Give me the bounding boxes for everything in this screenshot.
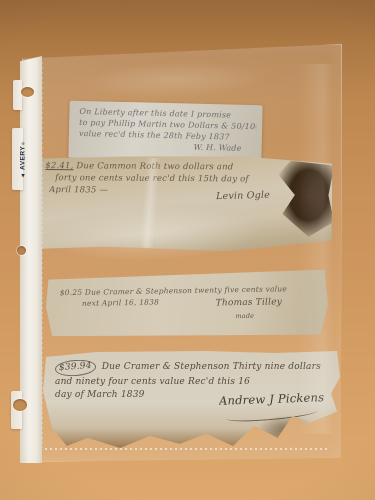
binder-hole-middle <box>17 246 26 255</box>
avery-brand-text: AVERY <box>20 146 27 170</box>
note4-line: and ninety four cents value Rec'd this 1… <box>55 376 330 390</box>
binder-hole-bottom <box>13 399 27 411</box>
note4-line: $39.94 Due Cramer & Stephenson Thirty ni… <box>55 360 330 376</box>
torn-paper-edge <box>278 161 335 237</box>
binder-tab-top <box>13 80 22 110</box>
photo-of-documents: On Liberty after this date I promise to … <box>0 0 375 500</box>
binder-hole-top <box>21 87 34 97</box>
avery-brand-label: ▲ AVERY ® <box>13 129 33 189</box>
document-note-1838: $0.25 Due Cramer & Stephenson twenty fiv… <box>45 270 328 340</box>
registered-trademark-symbol: ® <box>21 140 26 146</box>
note3-subscript: made <box>235 311 254 322</box>
note4-amount: $39.94 <box>55 360 96 376</box>
document-note-1835: $2.41, Due Cammon Roth two dollars and f… <box>33 155 333 252</box>
note3-amount: $0.25 <box>60 288 83 297</box>
avery-triangle-logo-icon: ▲ <box>20 171 26 178</box>
note2-line-text: Due Cammon Roth two dollars and <box>73 161 233 172</box>
note3-signature: Thomas Tilley <box>216 297 282 309</box>
note2-amount: $2.41, <box>45 161 73 171</box>
document-note-1837: On Liberty after this date I promise to … <box>68 101 262 163</box>
note2-signature: Levin Ogle <box>216 190 270 204</box>
sheet-weld-seam-bottom <box>30 448 328 450</box>
signature-flourish <box>226 406 319 423</box>
note2-line: April 1835 — <box>49 184 324 198</box>
note4-line-text: Due Cramer & Stephenson Thirty nine doll… <box>99 362 321 372</box>
